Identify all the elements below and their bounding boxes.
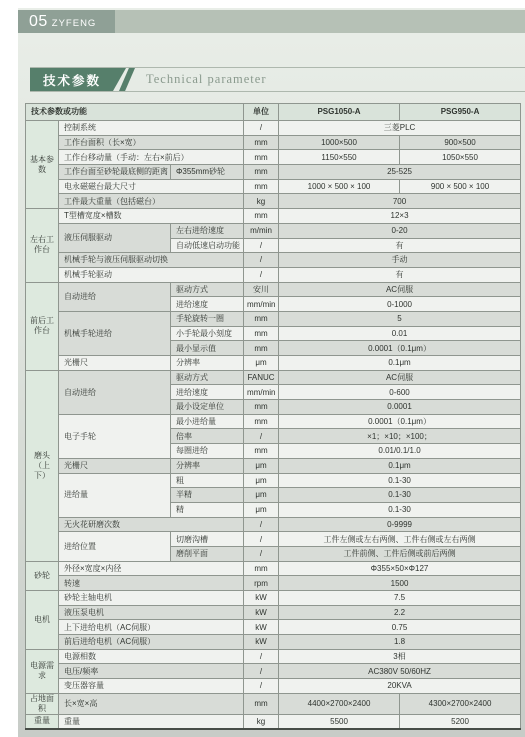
param-cell: 工件最大重量（包括磁台） xyxy=(59,194,244,209)
value-cell: 0.01/0.1/1.0 xyxy=(279,444,521,459)
unit-cell: mm/min xyxy=(244,297,279,312)
value-cell: AC伺服 xyxy=(279,282,521,297)
param-cell: 电子手轮 xyxy=(59,414,171,458)
unit-cell: kW xyxy=(244,591,279,606)
unit-cell: μm xyxy=(244,502,279,517)
param-cell: 变压器容量 xyxy=(59,679,244,694)
section-title-zh: 技术参数 xyxy=(30,68,126,91)
unit-cell: mm xyxy=(244,444,279,459)
table-row: 前后进给电机（AC伺服） kW 1.8 xyxy=(26,635,521,650)
param-cell: 工作台面至砂轮最底侧的距离 xyxy=(59,165,171,180)
section-title-en: Technical parameter xyxy=(146,68,267,91)
param-cell: T型槽宽度×槽数 xyxy=(59,209,244,224)
unit-cell: mm xyxy=(244,326,279,341)
subparam-cell: 分辨率 xyxy=(171,458,244,473)
value-cell: 有 xyxy=(279,267,521,282)
banner-strip xyxy=(115,10,525,33)
subparam-cell: 自动低速启动功能 xyxy=(171,238,244,253)
unit-cell: μm xyxy=(244,356,279,371)
group-cell: 占地面积 xyxy=(26,693,59,714)
value-cell: 三菱PLC xyxy=(279,121,521,136)
value-cell: 5500 xyxy=(279,714,400,729)
unit-cell: mm xyxy=(244,135,279,150)
value-cell: 1150×550 xyxy=(279,150,400,165)
technical-parameter-table: 技术参数或功能 单位 PSG1050-A PSG950-A 基本参数 控制系统 … xyxy=(25,103,521,730)
table-row: 工作台面积（长×宽） mm 1000×500 900×500 xyxy=(26,135,521,150)
param-cell: 工作台移动量（手动：左右×前后） xyxy=(59,150,244,165)
value-cell: 1.8 xyxy=(279,635,521,650)
value-cell: 1000×500 xyxy=(279,135,400,150)
table-row: 光栅尺 分辨率 μm 0.1μm xyxy=(26,458,521,473)
value-cell: 1500 xyxy=(279,576,521,591)
value-cell: 工件前侧、工件后侧或前后两侧 xyxy=(279,546,521,561)
value-cell: 0.1-30 xyxy=(279,488,521,503)
value-cell: 2.2 xyxy=(279,605,521,620)
param-cell: 液压伺服驱动 xyxy=(59,223,171,252)
table-row: 液压伺服驱动 左右进给速度 m/min 0-20 xyxy=(26,223,521,238)
table-row: 基本参数 控制系统 / 三菱PLC xyxy=(26,121,521,136)
unit-cell: / xyxy=(244,121,279,136)
param-cell: 进给位置 xyxy=(59,532,171,561)
unit-cell: mm xyxy=(244,150,279,165)
table-row: 电压/频率 / AC380V 50/60HZ xyxy=(26,664,521,679)
table-row: 进给量 粗 μm 0.1-30 xyxy=(26,473,521,488)
group-cell: 基本参数 xyxy=(26,121,59,209)
param-cell: 进给量 xyxy=(59,473,171,517)
group-cell: 前后工作台 xyxy=(26,282,59,370)
value-cell: 5200 xyxy=(400,714,521,729)
table-row: 磨头（上下） 自动进给 驱动方式 FANUC AC伺服 xyxy=(26,370,521,385)
group-cell: 砂轮 xyxy=(26,561,59,590)
unit-cell: mm xyxy=(244,179,279,194)
unit-cell: / xyxy=(244,679,279,694)
unit-cell: / xyxy=(244,532,279,547)
table-row: 电源需求 电源相数 / 3相 xyxy=(26,649,521,664)
table-row: 工件最大重量（包括磁台） kg 700 xyxy=(26,194,521,209)
param-cell: 转速 xyxy=(59,576,244,591)
value-cell: 3相 xyxy=(279,649,521,664)
param-cell: 机械手轮驱动 xyxy=(59,267,244,282)
param-cell: 液压泵电机 xyxy=(59,605,244,620)
table-row: 左右工作台 T型槽宽度×槽数 mm 12×3 xyxy=(26,209,521,224)
unit-cell: mm/min xyxy=(244,385,279,400)
table-row: 液压泵电机 kW 2.2 xyxy=(26,605,521,620)
group-cell: 左右工作台 xyxy=(26,209,59,282)
table-row: 进给位置 切磨沟槽 / 工件左侧或左右两侧、工件右侧或左右两侧 xyxy=(26,532,521,547)
value-cell: Φ355×50×Φ127 xyxy=(279,561,521,576)
value-cell: 工件左侧或左右两侧、工件右侧或左右两侧 xyxy=(279,532,521,547)
unit-cell: mm xyxy=(244,400,279,415)
subparam-cell: 分辨率 xyxy=(171,356,244,371)
table-header-row: 技术参数或功能 单位 PSG1050-A PSG950-A xyxy=(26,104,521,121)
param-cell: 光栅尺 xyxy=(59,458,171,473)
subparam-cell: 磨削平面 xyxy=(171,546,244,561)
unit-cell: μm xyxy=(244,473,279,488)
subparam-cell: 切磨沟槽 xyxy=(171,532,244,547)
unit-cell: / xyxy=(244,649,279,664)
subparam-cell: 最小进给量 xyxy=(171,414,244,429)
unit-cell: kW xyxy=(244,635,279,650)
table-row: 占地面积 长×宽×高 mm 4400×2700×2400 4300×2700×2… xyxy=(26,693,521,714)
unit-cell: mm xyxy=(244,561,279,576)
group-cell: 重量 xyxy=(26,714,59,729)
unit-cell: mm xyxy=(244,311,279,326)
section-title-tag: 技术参数 xyxy=(30,68,134,91)
subparam-cell: 倍率 xyxy=(171,429,244,444)
param-cell: 自动进给 xyxy=(59,282,171,311)
unit-cell: kW xyxy=(244,620,279,635)
subparam-cell: 粗 xyxy=(171,473,244,488)
unit-cell: μm xyxy=(244,458,279,473)
value-cell: 手动 xyxy=(279,253,521,268)
table-row: 机械手轮进给 手轮旋转一圈 mm 5 xyxy=(26,311,521,326)
value-cell: 4300×2700×2400 xyxy=(400,693,521,714)
unit-cell: mm xyxy=(244,165,279,180)
value-cell: 4400×2700×2400 xyxy=(279,693,400,714)
top-banner: 05 ZYFENG xyxy=(18,10,525,33)
unit-cell: / xyxy=(244,238,279,253)
subparam-cell: 手轮旋转一圈 xyxy=(171,311,244,326)
param-cell: 工作台面积（长×宽） xyxy=(59,135,244,150)
value-cell: 0-1000 xyxy=(279,297,521,312)
unit-cell: / xyxy=(244,429,279,444)
value-cell: 0-20 xyxy=(279,223,521,238)
table-row: 砂轮 外径×宽度×内径 mm Φ355×50×Φ127 xyxy=(26,561,521,576)
param-cell: 机械手轮与液压伺服驱动切换 xyxy=(59,253,244,268)
value-cell: AC伺服 xyxy=(279,370,521,385)
value-cell: AC380V 50/60HZ xyxy=(279,664,521,679)
subparam-cell: 进给速度 xyxy=(171,385,244,400)
value-cell: 900 × 500 × 100 xyxy=(400,179,521,194)
table-row: 工作台面至砂轮最底侧的距离 Φ355mm砂轮 mm 25-525 xyxy=(26,165,521,180)
subparam-cell: 进给速度 xyxy=(171,297,244,312)
unit-cell: mm xyxy=(244,341,279,356)
unit-cell: rpm xyxy=(244,576,279,591)
param-cell: 重量 xyxy=(59,714,244,729)
param-cell: 砂轮主轴电机 xyxy=(59,591,244,606)
unit-cell: kW xyxy=(244,605,279,620)
subparam-cell: Φ355mm砂轮 xyxy=(171,165,244,180)
brand-name: ZYFENG xyxy=(52,18,97,29)
table-row: 上下进给电机（AC伺服） kW 0.75 xyxy=(26,620,521,635)
value-cell: 0.75 xyxy=(279,620,521,635)
unit-cell: mm xyxy=(244,693,279,714)
section-header: 技术参数 Technical parameter xyxy=(30,67,525,92)
table-row: 无火花研磨次数 / 0-9999 xyxy=(26,517,521,532)
header-model1: PSG1050-A xyxy=(279,104,400,121)
table-row: 光栅尺 分辨率 μm 0.1μm xyxy=(26,356,521,371)
param-cell: 机械手轮进给 xyxy=(59,311,171,355)
param-cell: 电永磁磁台最大尺寸 xyxy=(59,179,244,194)
value-cell: 12×3 xyxy=(279,209,521,224)
table-row: 电永磁磁台最大尺寸 mm 1000 × 500 × 100 900 × 500 … xyxy=(26,179,521,194)
param-cell: 外径×宽度×内径 xyxy=(59,561,244,576)
value-cell: 0.1-30 xyxy=(279,473,521,488)
unit-cell: / xyxy=(244,253,279,268)
page-badge: 05 ZYFENG xyxy=(18,10,115,33)
unit-cell: / xyxy=(244,517,279,532)
table-row: 变压器容量 / 20KVA xyxy=(26,679,521,694)
value-cell: 0.01 xyxy=(279,326,521,341)
group-cell: 磨头（上下） xyxy=(26,370,59,561)
value-cell: 0-600 xyxy=(279,385,521,400)
subparam-cell: 精 xyxy=(171,502,244,517)
value-cell: 900×500 xyxy=(400,135,521,150)
unit-cell: μm xyxy=(244,488,279,503)
header-model2: PSG950-A xyxy=(400,104,521,121)
subparam-cell: 驱动方式 xyxy=(171,282,244,297)
unit-cell: / xyxy=(244,664,279,679)
param-cell: 电源相数 xyxy=(59,649,244,664)
value-cell: 25-525 xyxy=(279,165,521,180)
unit-cell: / xyxy=(244,546,279,561)
value-cell: 0.0001（0.1μm） xyxy=(279,341,521,356)
subparam-cell: 最小显示值 xyxy=(171,341,244,356)
value-cell: 0.1μm xyxy=(279,356,521,371)
param-cell: 自动进给 xyxy=(59,370,171,414)
header-param: 技术参数或功能 xyxy=(26,104,244,121)
table-row: 机械手轮驱动 / 有 xyxy=(26,267,521,282)
unit-cell: m/min xyxy=(244,223,279,238)
header-unit: 单位 xyxy=(244,104,279,121)
param-cell: 前后进给电机（AC伺服） xyxy=(59,635,244,650)
table-row: 工作台移动量（手动：左右×前后） mm 1150×550 1050×550 xyxy=(26,150,521,165)
table-row: 电子手轮 最小进给量 mm 0.0001（0.1μm） xyxy=(26,414,521,429)
subparam-cell: 左右进给速度 xyxy=(171,223,244,238)
subparam-cell: 驱动方式 xyxy=(171,370,244,385)
value-cell: 0.0001 xyxy=(279,400,521,415)
table-row: 前后工作台 自动进给 驱动方式 安川 AC伺服 xyxy=(26,282,521,297)
subparam-cell: 半精 xyxy=(171,488,244,503)
unit-cell: kg xyxy=(244,194,279,209)
param-cell: 控制系统 xyxy=(59,121,244,136)
unit-cell: kg xyxy=(244,714,279,729)
param-cell: 光栅尺 xyxy=(59,356,171,371)
table-row: 重量 重量 kg 5500 5200 xyxy=(26,714,521,729)
group-cell: 电机 xyxy=(26,591,59,650)
table-row: 机械手轮与液压伺服驱动切换 / 手动 xyxy=(26,253,521,268)
value-cell: ×1；×10；×100； xyxy=(279,429,521,444)
unit-cell: 安川 xyxy=(244,282,279,297)
page-number: 05 xyxy=(29,13,48,31)
value-cell: 1000 × 500 × 100 xyxy=(279,179,400,194)
group-cell: 电源需求 xyxy=(26,649,59,693)
value-cell: 700 xyxy=(279,194,521,209)
value-cell: 0.1-30 xyxy=(279,502,521,517)
value-cell: 5 xyxy=(279,311,521,326)
subparam-cell: 小手轮最小刻度 xyxy=(171,326,244,341)
unit-cell: / xyxy=(244,267,279,282)
value-cell: 0-9999 xyxy=(279,517,521,532)
param-cell: 无火花研磨次数 xyxy=(59,517,244,532)
value-cell: 20KVA xyxy=(279,679,521,694)
value-cell: 0.0001（0.1μm） xyxy=(279,414,521,429)
value-cell: 有 xyxy=(279,238,521,253)
param-cell: 长×宽×高 xyxy=(59,693,244,714)
table-row: 电机 砂轮主轴电机 kW 7.5 xyxy=(26,591,521,606)
unit-cell: mm xyxy=(244,209,279,224)
table-row: 转速 rpm 1500 xyxy=(26,576,521,591)
subparam-cell: 最小设定单位 xyxy=(171,400,244,415)
subparam-cell: 每圈进给 xyxy=(171,444,244,459)
value-cell: 7.5 xyxy=(279,591,521,606)
unit-cell: mm xyxy=(244,414,279,429)
param-cell: 电压/频率 xyxy=(59,664,244,679)
value-cell: 1050×550 xyxy=(400,150,521,165)
param-cell: 上下进给电机（AC伺服） xyxy=(59,620,244,635)
unit-cell: FANUC xyxy=(244,370,279,385)
value-cell: 0.1μm xyxy=(279,458,521,473)
